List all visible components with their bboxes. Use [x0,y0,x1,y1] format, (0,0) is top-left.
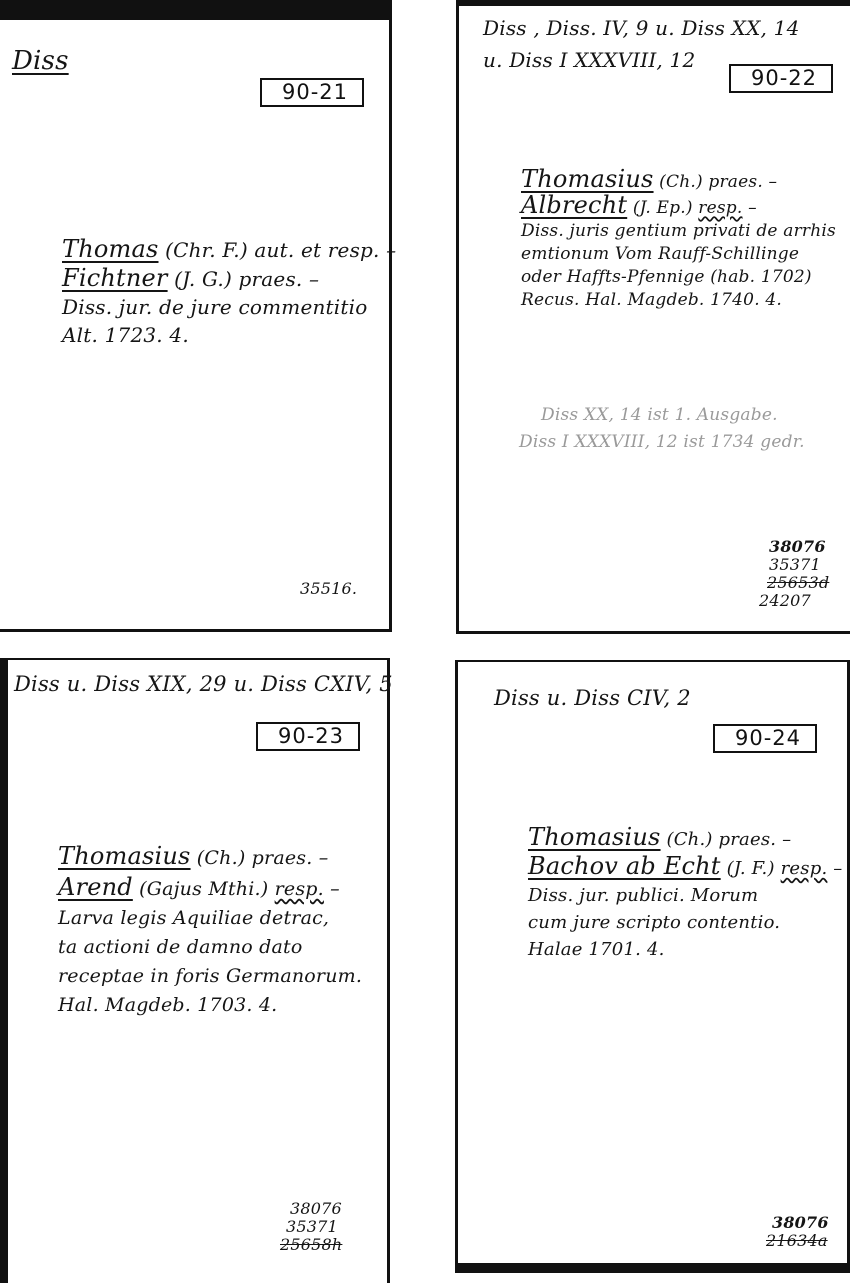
call-number-box: 90-24 [713,724,817,753]
accession-number: 35516. [300,580,357,598]
respondent-role: resp. [781,858,828,879]
bibliographic-entry: Thomasius (Ch.) praes. – Bachov ab Echt … [528,824,843,963]
respondent-initials: (J. F.) [727,858,775,879]
author-name: Thomas [62,235,159,263]
bibliographic-entry: Thomasius (Ch.) praes. – Albrecht (J. Ep… [521,168,836,312]
dash: – [324,878,340,900]
respondent-name: Albrecht [521,191,627,219]
accession-numbers: 38076 35371 25653d 24207 [759,538,829,610]
entry-title: Diss. jur. de jure commentitio [62,293,396,321]
accession-numbers: 35516. [300,580,357,598]
praeses-role: (Ch.) praes. – [666,829,791,850]
shelfmark-text: Diss [12,46,69,76]
accession-number: 38076 [759,538,829,556]
entry-title-1: Larva legis Aquiliae detrac, [58,904,362,933]
accession-numbers: 38076 35371 25658h [280,1200,342,1254]
praeses-name: Fichtner [62,264,168,292]
shelfmark: Diss u. Diss XIX, 29 u. Diss CXIV, 5 [14,674,393,695]
entry-line-2: Fichtner (J. G.) praes. – [62,264,396,293]
praeses-role: (Ch.) praes. – [197,847,329,869]
catalog-card-90-23: Diss u. Diss XIX, 29 u. Diss CXIV, 5 90-… [0,658,390,1283]
praeses-role: (Ch.) praes. – [659,172,777,192]
entry-line-2: Bachov ab Echt (J. F.) resp. – [528,853,843,882]
entry-title-1: Diss. jur. publici. Morum [528,882,843,909]
accession-number-struck: 25653d [759,574,829,592]
praeses-name: Thomasius [521,165,654,193]
entry-imprint: Hal. Magdeb. 1703. 4. [58,991,362,1020]
bibliographic-entry: Thomasius (Ch.) praes. – Arend (Gajus Mt… [58,842,362,1020]
entry-title-2: emtionum Vom Rauff-Schillinge [521,243,836,266]
pencil-note-line-2: Diss I XXXVIII, 12 ist 1734 gedr. [519,429,805,456]
accession-number: 38076 [280,1200,342,1218]
entry-title-2: cum jure scripto contentio. [528,909,843,936]
scan-border-top-left [0,0,392,18]
entry-title-2: ta actioni de damno dato [58,933,362,962]
call-number-box: 90-22 [729,64,833,93]
call-number-box: 90-21 [260,78,364,107]
accession-number: 35371 [280,1218,342,1236]
praeses-name: Thomasius [58,842,191,870]
pencil-note: Diss XX, 14 ist 1. Ausgabe. Diss I XXXVI… [519,402,805,456]
accession-numbers: 38076 21634a [766,1214,829,1250]
accession-number-struck: 21634a [766,1232,829,1250]
accession-number-struck: 25658h [280,1236,342,1254]
accession-number: 24207 [759,592,829,610]
respondent-initials: (J. Ep.) [633,198,693,218]
entry-line-1: Thomasius (Ch.) praes. – [528,824,843,853]
respondent-role: resp. [275,878,324,900]
entry-imprint: Alt. 1723. 4. [62,321,396,349]
catalog-card-90-24: Diss u. Diss CIV, 2 90-24 Thomasius (Ch.… [455,660,850,1273]
shelfmark: Diss u. Diss CIV, 2 [494,688,691,709]
entry-line-2: Albrecht (J. Ep.) resp. – [521,194,836,220]
shelfmark: Diss [12,48,69,74]
accession-number: 35371 [759,556,829,574]
respondent-role: resp. [698,198,742,218]
dash: – [827,858,842,879]
respondent-initials: (Gajus Mthi.) [139,878,268,900]
bibliographic-entry: Thomas (Chr. F.) aut. et resp. – Fichtne… [62,235,396,349]
praeses-role: (J. G.) praes. – [174,267,319,291]
accession-number: 38076 [766,1214,829,1232]
pencil-note-line-1: Diss XX, 14 ist 1. Ausgabe. [519,402,805,429]
entry-title-3: oder Haffts-Pfennige (hab. 1702) [521,266,836,289]
entry-line-1: Thomasius (Ch.) praes. – [58,842,362,873]
entry-title-3: receptae in foris Germanorum. [58,962,362,991]
respondent-name: Arend [58,873,133,901]
shelfmark-line-1: Diss , Diss. IV, 9 u. Diss XX, 14 [483,12,800,44]
call-number-box: 90-23 [256,722,360,751]
catalog-card-90-22: Diss , Diss. IV, 9 u. Diss XX, 14 u. Dis… [456,4,850,634]
catalog-card-90-21: Diss 90-21 Thomas (Chr. F.) aut. et resp… [0,18,392,632]
author-role: (Chr. F.) aut. et resp. – [165,238,396,262]
entry-imprint: Recus. Hal. Magdeb. 1740. 4. [521,289,836,312]
entry-title-1: Diss. juris gentium privati de arrhis [521,220,836,243]
praeses-name: Thomasius [528,823,661,851]
entry-imprint: Halae 1701. 4. [528,936,843,963]
entry-line-2: Arend (Gajus Mthi.) resp. – [58,873,362,904]
respondent-name: Bachov ab Echt [528,852,721,880]
dash: – [743,198,757,218]
entry-line-1: Thomas (Chr. F.) aut. et resp. – [62,235,396,264]
